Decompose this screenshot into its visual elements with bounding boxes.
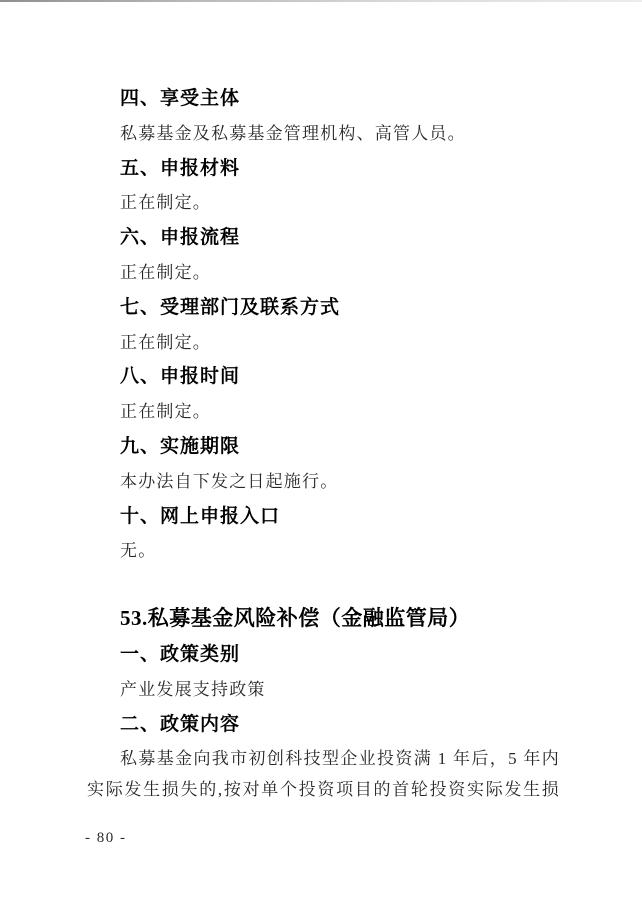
doc-body-line: 正在制定。 <box>87 256 560 291</box>
paragraph-line: 私募基金向我市初创科技型企业投资满 1 年后，5 年内 <box>87 743 560 774</box>
page-content: 四、享受主体 私募基金及私募基金管理机构、高管人员。 五、申报材料 正在制定。 … <box>87 82 560 805</box>
doc-body-line: 产业发展支持政策 <box>87 673 560 708</box>
doc-body-line: 私募基金及私募基金管理机构、高管人员。 <box>87 117 560 152</box>
page-number: - 80 - <box>85 830 127 847</box>
doc-heading: 五、申报材料 <box>87 152 560 187</box>
policy-section-title: 53.私募基金风险补偿（金融监管局） <box>87 599 560 638</box>
doc-body-line: 正在制定。 <box>87 186 560 221</box>
doc-body-line: 无。 <box>87 534 560 569</box>
doc-body-line: 正在制定。 <box>87 395 560 430</box>
doc-body-line: 正在制定。 <box>87 326 560 361</box>
doc-heading: 九、实施期限 <box>87 430 560 465</box>
doc-heading: 一、政策类别 <box>87 638 560 673</box>
blank-line <box>87 569 560 599</box>
doc-heading: 八、申报时间 <box>87 360 560 395</box>
doc-heading: 六、申报流程 <box>87 221 560 256</box>
doc-heading: 四、享受主体 <box>87 82 560 117</box>
doc-heading: 七、受理部门及联系方式 <box>87 291 560 326</box>
page-top-edge <box>0 0 642 2</box>
document-page: 四、享受主体 私募基金及私募基金管理机构、高管人员。 五、申报材料 正在制定。 … <box>0 0 642 907</box>
doc-heading: 十、网上申报入口 <box>87 500 560 535</box>
doc-heading: 二、政策内容 <box>87 708 560 743</box>
doc-body-line: 本办法自下发之日起施行。 <box>87 465 560 500</box>
paragraph-line: 实际发生损失的,按对单个投资项目的首轮投资实际发生损 <box>87 774 560 805</box>
